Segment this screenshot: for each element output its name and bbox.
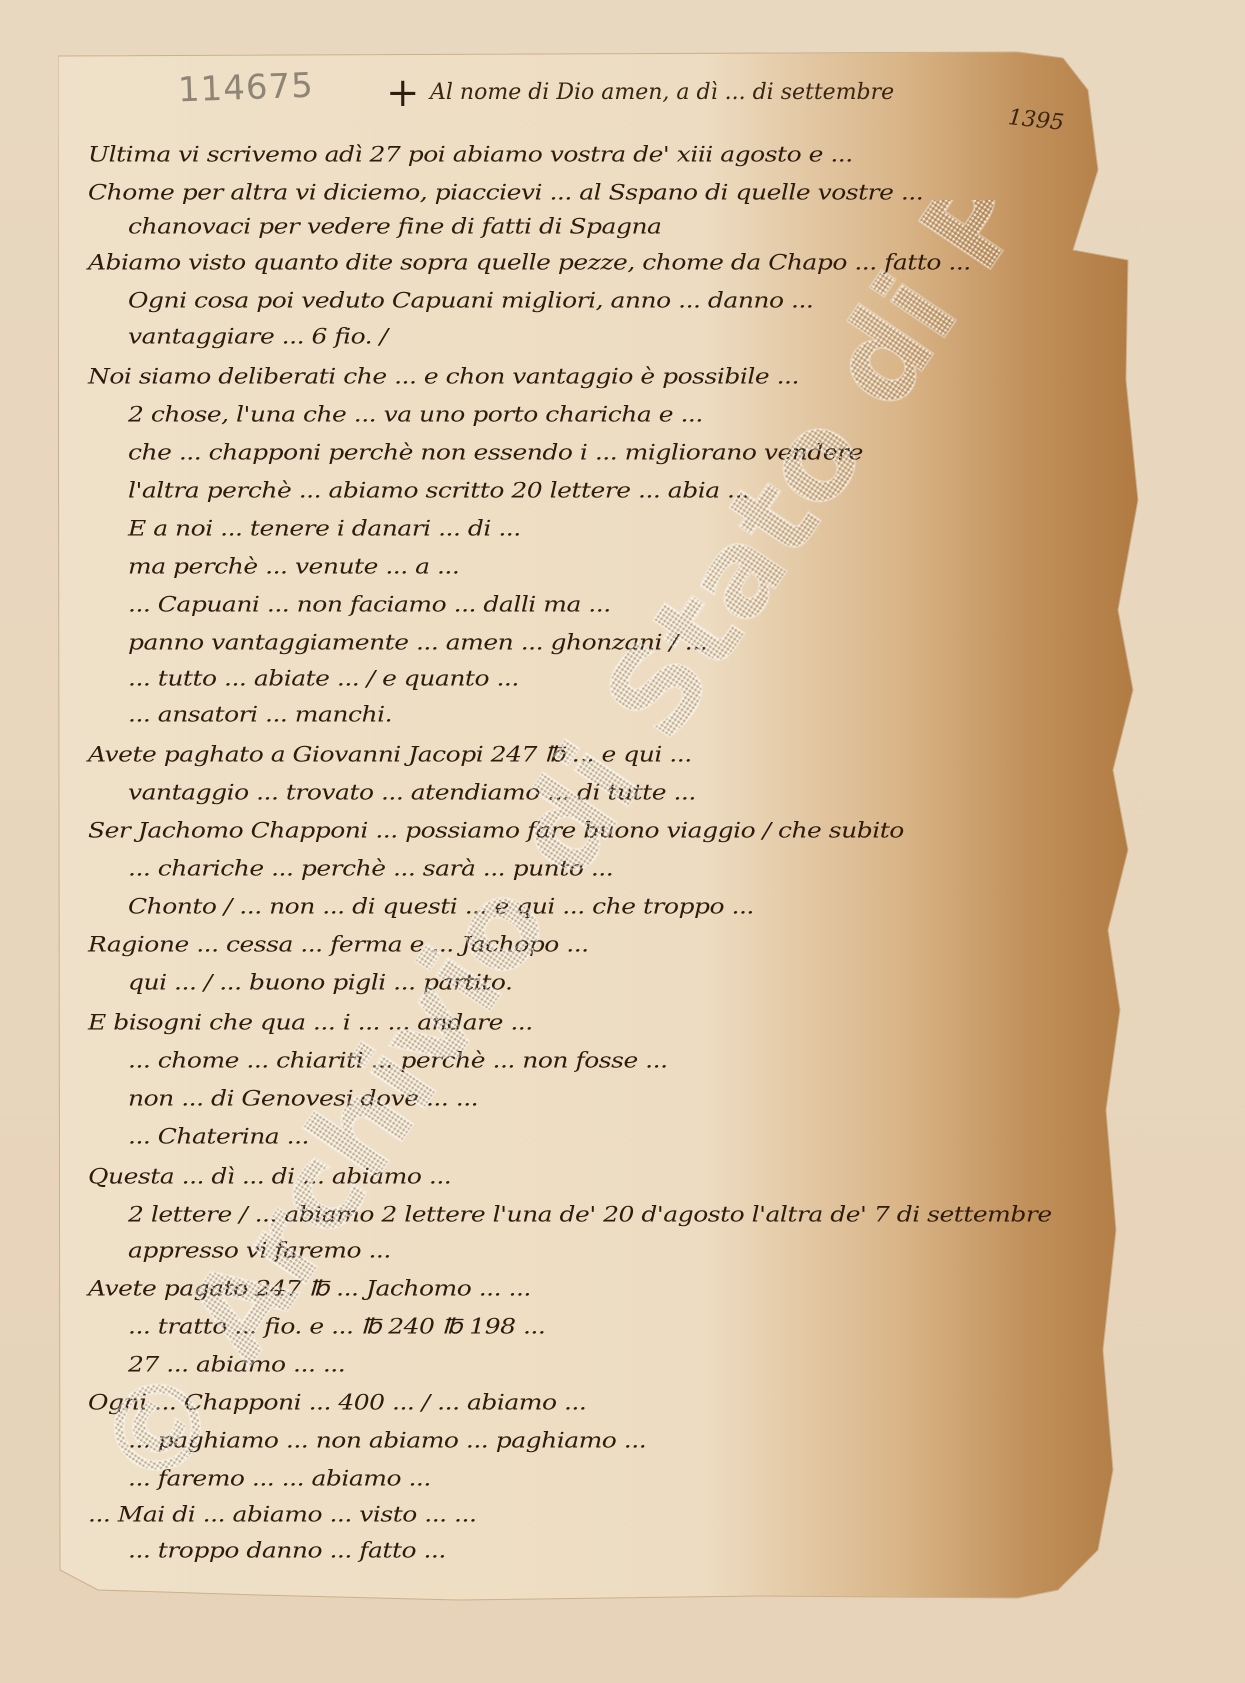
dateline: Al nome di Dio amen, a dì ... di settemb…: [430, 80, 894, 105]
manuscript-line-text: ... tratto ... fio. e ... ℔ 240 ℔ 198 ..…: [128, 1314, 545, 1339]
manuscript-line-text: 2 chose, l'una che ... va uno porto char…: [128, 402, 703, 427]
manuscript-line: ... chome ... chiariti ... perchè ... no…: [128, 1046, 668, 1080]
manuscript-line: Questa ... dì ... di ... abiamo ...: [88, 1162, 451, 1196]
manuscript-line-text: ... faremo ... ... abiamo ...: [128, 1466, 431, 1491]
manuscript-line-text: Chome per altra vi diciemo, piaccievi ..…: [88, 180, 923, 205]
manuscript-line-text: Ragione ... cessa ... ferma e ... Jachop…: [88, 932, 589, 957]
manuscript-line: 2 chose, l'una che ... va uno porto char…: [128, 400, 703, 434]
manuscript-line-text: ... troppo danno ... fatto ...: [128, 1538, 446, 1563]
manuscript-line: non ... di Genovesi dove ... ...: [128, 1084, 478, 1118]
manuscript-line: Avete pagato 247 ℔ ... Jachomo ... ...: [88, 1274, 531, 1308]
manuscript-line-text: chanovaci per vedere fine di fatti di Sp…: [128, 214, 661, 239]
manuscript-line: ... troppo danno ... fatto ...: [128, 1536, 446, 1570]
manuscript-line: Ragione ... cessa ... ferma e ... Jachop…: [88, 930, 589, 964]
manuscript-line-text: Ogni ... Chapponi ... 400 ... / ... abia…: [88, 1390, 586, 1415]
manuscript-line: appresso vi faremo ...: [128, 1236, 391, 1270]
manuscript-line: Chonto / ... non ... di questi ... e qui…: [128, 892, 754, 926]
manuscript-line: ... Mai di ... abiamo ... visto ... ...: [88, 1500, 476, 1534]
manuscript-line-text: 2 lettere / ... abiamo 2 lettere l'una d…: [128, 1202, 1052, 1227]
manuscript-line: ... tutto ... abiate ... / e quanto ...: [128, 664, 519, 698]
manuscript-line: vantaggio ... trovato ... atendiamo ... …: [128, 778, 696, 812]
manuscript-line-text: E a noi ... tenere i danari ... di ...: [128, 516, 521, 541]
manuscript-line-text: panno vantaggiamente ... amen ... ghonza…: [128, 630, 707, 655]
manuscript-line-text: ... Capuani ... non faciamo ... dalli ma…: [128, 592, 611, 617]
manuscript-line: E a noi ... tenere i danari ... di ...: [128, 514, 521, 548]
manuscript-line: vantaggiare ... 6 fio. /: [128, 322, 388, 356]
manuscript-line: E bisogni che qua ... i ... ... andare .…: [88, 1008, 533, 1042]
manuscript-line-text: Ultima vi scrivemo adì 27 poi abiamo vos…: [88, 142, 853, 167]
manuscript-line-text: 27 ... abiamo ... ...: [128, 1352, 345, 1377]
manuscript-line-text: che ... chapponi perchè non essendo i ..…: [128, 440, 863, 465]
manuscript-line: ... paghiamo ... non abiamo ... paghiamo…: [128, 1426, 646, 1460]
manuscript-line: ... ansatori ... manchi.: [128, 700, 392, 734]
manuscript-line-text: Ser Jachomo Chapponi ... possiamo fare b…: [88, 818, 904, 843]
manuscript-line-text: appresso vi faremo ...: [128, 1238, 391, 1263]
manuscript-line: Ogni cosa poi veduto Capuani migliori, a…: [128, 286, 813, 320]
manuscript-line: ma perchè ... venute ... a ...: [128, 552, 459, 586]
manuscript-line-text: Avete paghato a Giovanni Jacopi 247 ℔ ..…: [88, 742, 692, 767]
manuscript-line-text: Chonto / ... non ... di questi ... e qui…: [128, 894, 754, 919]
manuscript-line-text: Abiamo visto quanto dite sopra quelle pe…: [88, 250, 971, 275]
manuscript-line-text: ... chome ... chiariti ... perchè ... no…: [128, 1048, 668, 1073]
manuscript-line-text: ... Chaterina ...: [128, 1124, 309, 1149]
manuscript-line: 2 lettere / ... abiamo 2 lettere l'una d…: [128, 1200, 1052, 1234]
manuscript-line-text: vantaggiare ... 6 fio. /: [128, 324, 388, 349]
manuscript-line-text: Avete pagato 247 ℔ ... Jachomo ... ...: [88, 1276, 531, 1301]
manuscript-line-text: ... ansatori ... manchi.: [128, 702, 392, 727]
manuscript-line: Ogni ... Chapponi ... 400 ... / ... abia…: [88, 1388, 586, 1422]
archive-number: 114675: [177, 66, 314, 111]
cross-symbol: +: [386, 70, 420, 116]
manuscript-line: panno vantaggiamente ... amen ... ghonza…: [128, 628, 707, 662]
manuscript-line: che ... chapponi perchè non essendo i ..…: [128, 438, 863, 472]
manuscript-line: ... chariche ... perchè ... sarà ... pun…: [128, 854, 613, 888]
manuscript-sheet: 114675 + Al nome di Dio amen, a dì ... d…: [58, 50, 1178, 1650]
manuscript-line-text: Noi siamo deliberati che ... e chon vant…: [88, 364, 799, 389]
manuscript-line-text: Ogni cosa poi veduto Capuani migliori, a…: [128, 288, 813, 313]
manuscript-line: Ultima vi scrivemo adì 27 poi abiamo vos…: [88, 140, 853, 174]
manuscript-line: 27 ... abiamo ... ...: [128, 1350, 345, 1384]
manuscript-line: ... faremo ... ... abiamo ...: [128, 1464, 431, 1498]
manuscript-line-text: ... chariche ... perchè ... sarà ... pun…: [128, 856, 613, 881]
manuscript-line-text: non ... di Genovesi dove ... ...: [128, 1086, 478, 1111]
manuscript-line-text: Questa ... dì ... di ... abiamo ...: [88, 1164, 451, 1189]
manuscript-line: Ser Jachomo Chapponi ... possiamo fare b…: [88, 816, 904, 850]
manuscript-line: Chome per altra vi diciemo, piaccievi ..…: [88, 178, 923, 212]
manuscript-line: l'altra perchè ... abiamo scritto 20 let…: [128, 476, 749, 510]
manuscript-line-text: ma perchè ... venute ... a ...: [128, 554, 459, 579]
manuscript-line: Noi siamo deliberati che ... e chon vant…: [88, 362, 799, 396]
manuscript-line-text: l'altra perchè ... abiamo scritto 20 let…: [128, 478, 749, 503]
manuscript-line: ... Chaterina ...: [128, 1122, 309, 1156]
manuscript-line: ... Capuani ... non faciamo ... dalli ma…: [128, 590, 611, 624]
manuscript-line-text: ... Mai di ... abiamo ... visto ... ...: [88, 1502, 476, 1527]
manuscript-line: Abiamo visto quanto dite sopra quelle pe…: [88, 248, 971, 282]
manuscript-line-text: qui ... / ... buono pigli ... partito.: [128, 970, 512, 995]
manuscript-line: chanovaci per vedere fine di fatti di Sp…: [128, 212, 661, 246]
manuscript-line-text: ... paghiamo ... non abiamo ... paghiamo…: [128, 1428, 646, 1453]
manuscript-line-text: ... tutto ... abiate ... / e quanto ...: [128, 666, 519, 691]
manuscript-line: qui ... / ... buono pigli ... partito.: [128, 968, 512, 1002]
manuscript-line-text: E bisogni che qua ... i ... ... andare .…: [88, 1010, 533, 1035]
manuscript-line: ... tratto ... fio. e ... ℔ 240 ℔ 198 ..…: [128, 1312, 545, 1346]
manuscript-line: Avete paghato a Giovanni Jacopi 247 ℔ ..…: [88, 740, 692, 774]
manuscript-line-text: vantaggio ... trovato ... atendiamo ... …: [128, 780, 696, 805]
